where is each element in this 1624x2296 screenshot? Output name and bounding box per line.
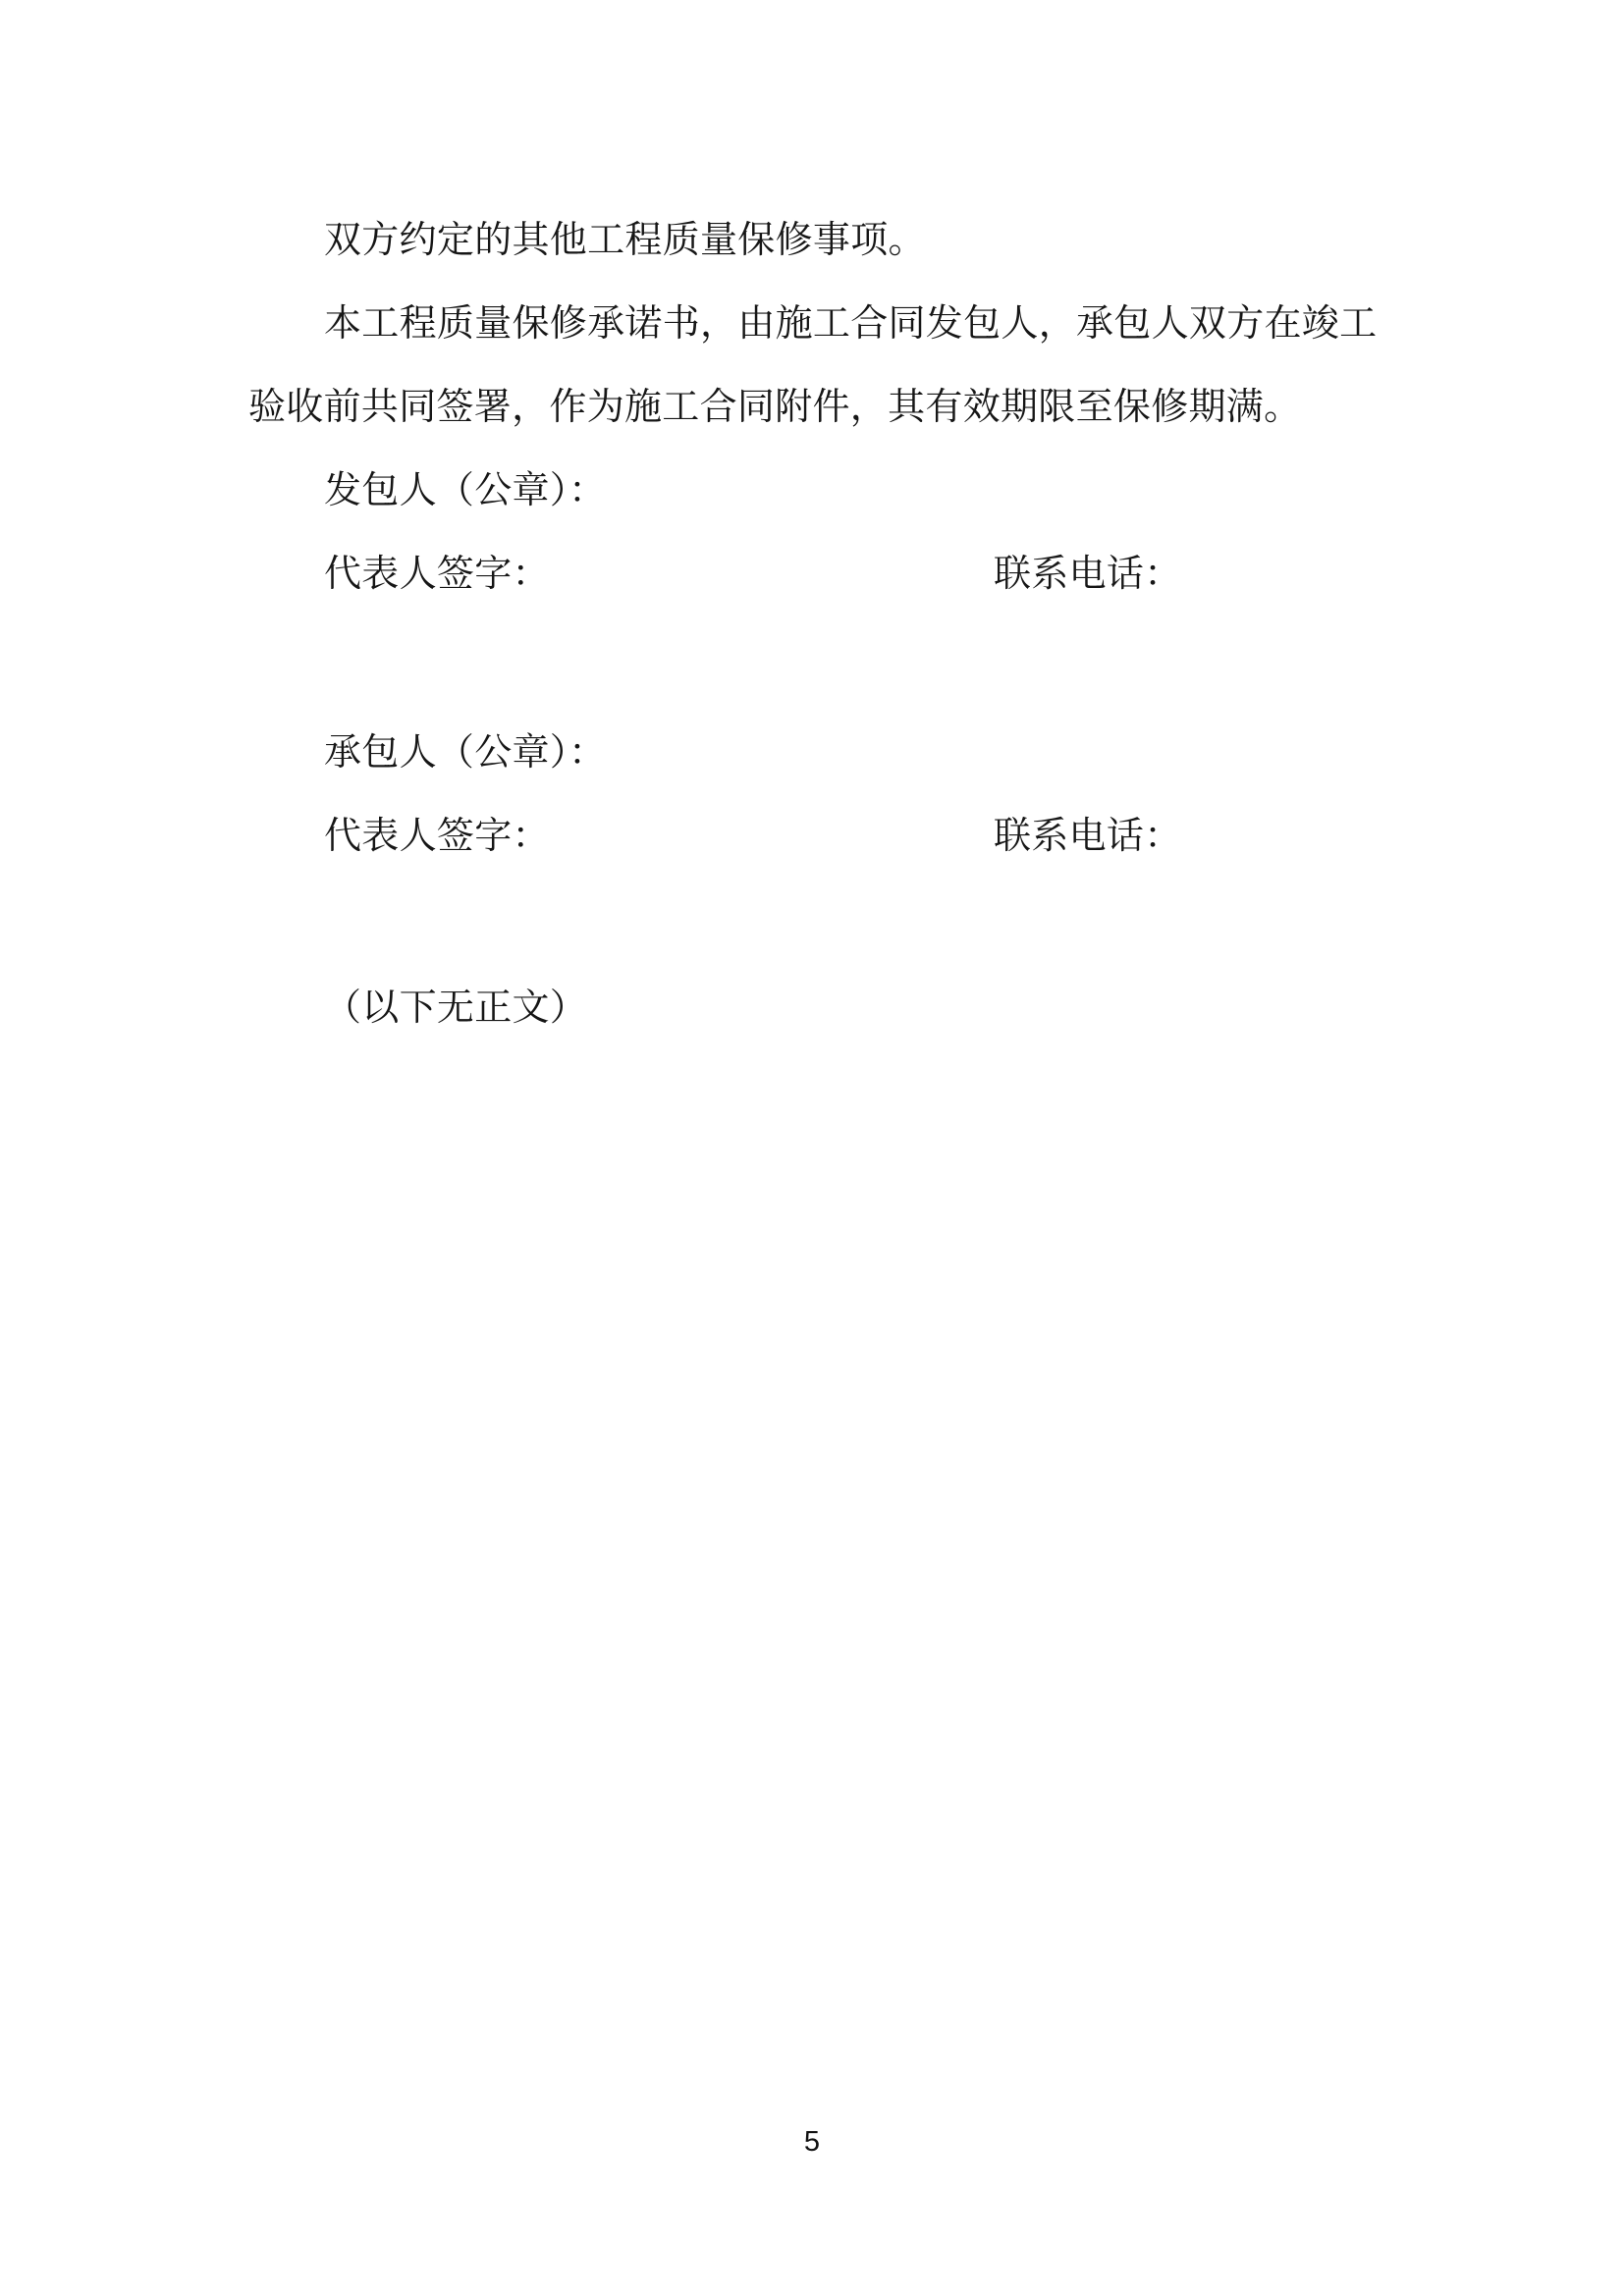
employer-representative-signature-label: 代表人签字： <box>324 554 550 593</box>
no-main-text-note: （以下无正文） <box>324 988 587 1027</box>
document-page: 双方约定的其他工程质量保修事项。 本工程质量保修承诺书，由施工合同发包人，承包人… <box>0 0 1624 2296</box>
contractor-contact-phone-label: 联系电话： <box>994 816 1182 855</box>
paragraph-commitment-intro-line2: 验收前共同签署，作为施工合同附件，其有效期限至保修期满。 <box>248 387 1301 426</box>
employer-contact-phone-label: 联系电话： <box>994 554 1182 593</box>
paragraph-other-warranty-matters: 双方约定的其他工程质量保修事项。 <box>324 220 926 259</box>
paragraph-commitment-intro-line1: 本工程质量保修承诺书，由施工合同发包人，承包人双方在竣工 <box>324 303 1377 343</box>
contractor-representative-signature-label: 代表人签字： <box>324 816 550 855</box>
contractor-seal-label: 承包人（公章）： <box>324 732 606 772</box>
employer-seal-label: 发包人（公章）： <box>324 470 606 509</box>
page-number: 5 <box>0 2126 1624 2158</box>
